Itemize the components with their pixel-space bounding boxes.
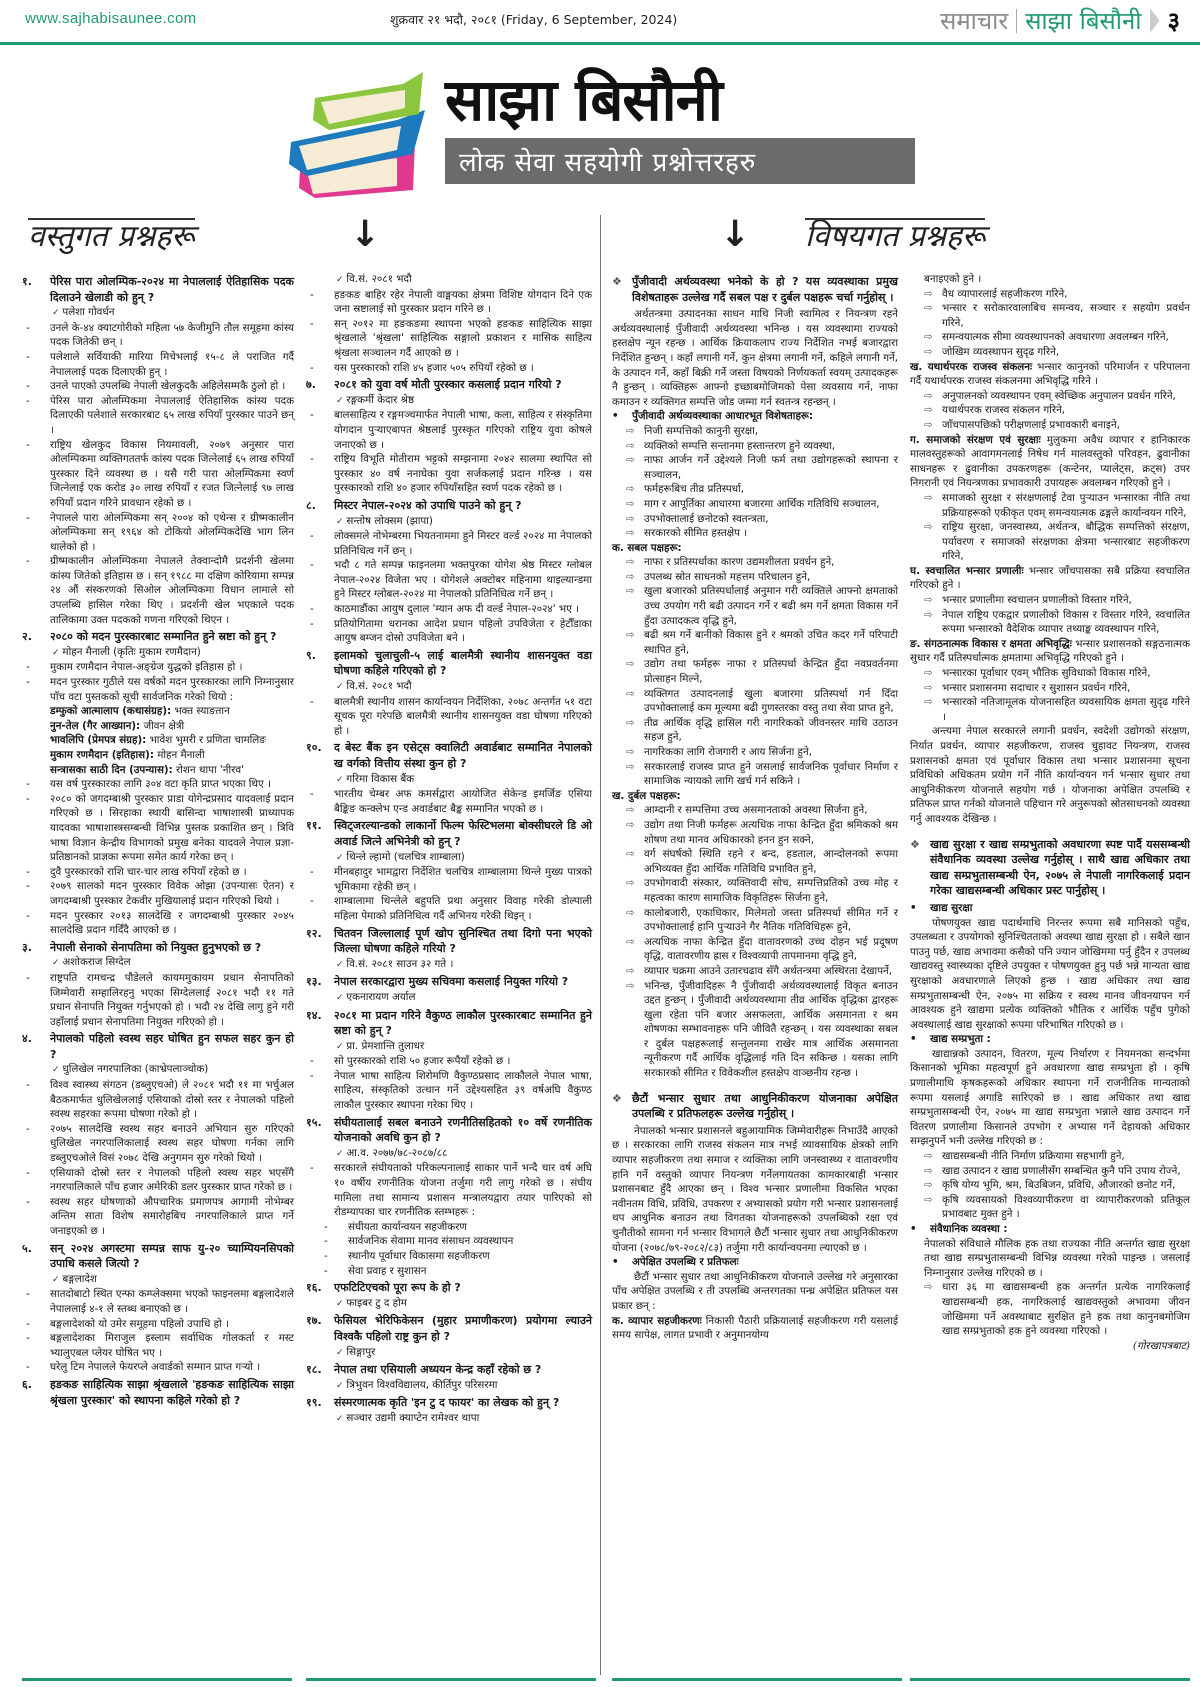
book-entry: भावलिपि (प्रेमपत्र संग्रह): भावेश भुमरी …	[22, 733, 294, 748]
bullet-point: भदौ ८ गते सम्पन्न फाइनलमा भक्तपुरका योगे…	[334, 558, 592, 602]
bullet-point: घरेलु टिम नेपालले फेयरप्ले अवार्डको सम्म…	[50, 1360, 294, 1375]
answer: वि.सं. २०८१ भदौ	[306, 679, 592, 695]
masthead: समाचार साझा बिसौनी ३	[940, 4, 1180, 37]
section-name: समाचार	[940, 4, 1008, 37]
list-item: भन्सार र सरोकारवालाबिच समन्वय, सञ्चार र …	[942, 301, 1190, 330]
subheading: •अपेक्षित उपलब्धि र प्रतिफलः	[612, 1255, 898, 1270]
paragraph: अर्थतन्त्रमा उत्पादनका साधन माथि निजी स्…	[612, 307, 898, 409]
question: १५.संघीयतालाई सबल बनाउने रणनीतिसहितको १०…	[306, 1115, 592, 1146]
list-item: व्यक्तिगत उत्पादनलाई खुला बजारमा प्रतिस्…	[644, 687, 898, 716]
bullet-point: राष्ट्रपति रामचन्द्र पौडेलले कायममुकायम …	[50, 971, 294, 1029]
column-divider	[600, 215, 601, 1675]
list-item: अत्यधिक नाफा केन्द्रित हुँदा वातावरणको उ…	[644, 935, 898, 964]
question: ११.स्विट्जरल्यान्डको लाकार्नो फिल्म फेस्…	[306, 818, 592, 849]
column-brand: साझा बिसौनी	[1025, 4, 1141, 37]
bullet-point: नेपाल भाषा साहित्य शिरोमणि वैकुण्ठप्रसाद…	[334, 1069, 592, 1113]
bullet-point: उनले पाएको उपलब्धि नेपाली खेलकुदकै अहिले…	[50, 379, 294, 394]
subjective-questions-heading: विषयगत प्रश्नहरू	[805, 214, 985, 255]
bullet-point: राष्ट्रिय खेलकुद विकास नियमावली, २०७९ अन…	[50, 438, 294, 511]
issue-date: शुक्रवार २१ भदौ, २०८१ (Friday, 6 Septemb…	[390, 11, 677, 28]
subheading: •खाद्य सम्प्रभुता :	[910, 1032, 1190, 1047]
bullet-point: मदन पुरस्कार गुठीले यस वर्षको मदन पुरस्क…	[50, 675, 294, 704]
answer: थिन्ले ल्हामो (चलचित्र शाम्बाला)	[306, 850, 592, 866]
bullet-point: ग्रीष्मकालीन ओलम्पिकमा नेपालले तेक्वान्द…	[50, 554, 294, 627]
answer: सन्तोष लोक्सम (झापा)	[306, 514, 592, 530]
question: १७.फेसियल भेरिफिकेसन (मुहार प्रमाणीकरण) …	[306, 1313, 592, 1344]
bullet-point: प्रतियोगितामा धरानका आदेश प्रधान पहिलो उ…	[334, 617, 592, 646]
question: ५.सन् २०२४ अगस्टमा सम्पन्न साफ यु-२० च्य…	[22, 1241, 294, 1272]
paragraph: नेपालको संविधाले मौलिक हक तथा राज्यका नी…	[910, 1237, 1190, 1281]
bullet-point: सातदोबाटो स्थित एन्फा कम्प्लेक्समा भएको …	[50, 1287, 294, 1316]
question: ३.नेपाली सेनाको सेनापतिमा को नियुक्त हुन…	[22, 940, 294, 956]
bullet-point: मदन पुरस्कार २०१३ सालदेखि र जगदम्बाश्री …	[50, 909, 294, 938]
page-header: www.sajhabisaunee.com शुक्रवार २१ भदौ, २…	[0, 0, 1200, 40]
bullet-point: काठमाडौंका आयुष दुलाल 'म्यान अफ दी वर्ल्…	[334, 602, 592, 617]
paragraph: घ. स्वचालित भन्सार प्रणालीः भन्सार जाँचप…	[910, 564, 1190, 593]
list-item: फर्महरूबिच तीव्र प्रतिस्पर्धा,	[644, 482, 898, 497]
list-item: समन्वयात्मक सीमा व्यवस्थापनको अवधारणा अव…	[942, 330, 1190, 345]
column-banner: साझा बिसौनी लोक सेवा सहयोगी प्रश्नोत्तरह…	[285, 58, 925, 198]
bullet-point: २०७९ सालको मदन पुरस्कार विवेक ओझा (उपन्य…	[50, 879, 294, 908]
pillar-item: सेवा प्रवाह र सुशासन	[348, 1264, 592, 1279]
list-item: वर्ग संघर्षको स्थिति रहने र बन्द, हडताल,…	[644, 847, 898, 876]
list-item: नागरिकका लागि रोजगारी र आय सिर्जना हुने,	[644, 745, 898, 760]
divider	[1016, 9, 1017, 33]
subjective-question: ❖छैटौं भन्सार सुधार तथा आधुनिकीकरण योजना…	[612, 1091, 898, 1122]
bullet-point: बालमैत्री स्थानीय शासन कार्यान्वयन निर्द…	[334, 695, 592, 739]
list-item: कृषि व्यवसायको विश्वव्यापीकरण वा व्यापार…	[942, 1193, 1190, 1222]
list-item: राष्ट्रिय सुरक्षा, जनस्वास्थ्य, अर्थतन्त…	[942, 520, 1190, 564]
list-item: निजी सम्पत्तिको कानुनी सुरक्षा,	[644, 424, 898, 439]
footer-rule	[22, 1678, 292, 1681]
list-item: नाफा र प्रतिस्पर्धाका कारण उद्यमशीलता प्…	[644, 555, 898, 570]
answer: धुलिखेल नगरपालिका (काभ्रेपलाञ्चोक)	[22, 1062, 294, 1078]
bullet-point: मुकाम रणमैदान नेपाल-अङ्ग्रेज युद्धको इति…	[50, 660, 294, 675]
list-item: धारा ३६ मा खाद्यसम्बन्धी हक अन्तर्गत प्र…	[942, 1280, 1190, 1338]
list-item: कालोबजारी, एकाधिकार, मिलेमतो जस्ता प्रति…	[644, 906, 898, 935]
column-2: वि.सं. २०८१ भदौ -हङकङ बाहिर रहेर नेपाली …	[306, 272, 592, 1427]
bullet-point: स्वस्थ सहर घोषणाको औपचारिक प्रमाणपत्र आग…	[50, 1195, 294, 1239]
question: १३.नेपाल सरकारद्वारा मुख्य सचिवमा कसलाई …	[306, 974, 592, 990]
answer: मोहन मैनाली (कृतिः मुकाम रणमैदान)	[22, 645, 294, 661]
book-entry: डम्फुको आत्मालाप (कथासंग्रह): भक्त स्याङ…	[22, 704, 294, 719]
book-entry: नुन-तेल (गैर आख्यान): जीवन क्षेत्री	[22, 719, 294, 734]
book-stack-icon	[285, 58, 435, 198]
answer: प्रा. प्रेमशान्ति तुलाधर	[306, 1039, 592, 1055]
answer: फाइबर टु द होम	[306, 1296, 592, 1312]
footer-rule	[612, 1678, 902, 1681]
bullet-point: भारतीय चेम्बर अफ कमर्सद्वारा आयोजित सेके…	[334, 787, 592, 816]
header-rule	[0, 42, 1200, 45]
subheading: •संवैधानिक व्यवस्था :	[910, 1222, 1190, 1237]
question: १.पेरिस पारा ओलम्पिक-२०२४ मा नेपाललाई ऐत…	[22, 274, 294, 305]
subheading: •पुँजीवादी अर्थव्यवस्थाका आधारभूत विशेषत…	[612, 409, 898, 424]
list-item: आम्दानी र सम्पत्तिमा उच्च असमानताको अवस्…	[644, 803, 898, 818]
bullet-point: एसियाको दोस्रो स्तर र नेपालको पहिलो स्वस…	[50, 1166, 294, 1195]
column-4: बनाइएको हुने । ⇨वैध व्यापारलाई सहजीकरण ग…	[910, 272, 1190, 1353]
list-item: नेपाल राष्ट्रिय एकद्वार प्रणालीको विकास …	[942, 608, 1190, 637]
answer: बङ्गलादेश	[22, 1272, 294, 1288]
list-item: वैध व्यापारलाई सहजीकरण गरिने,	[942, 287, 1190, 302]
subheading: ख. दुर्बल पक्षहरू:	[612, 789, 898, 804]
bullet-point: सन् २०१२ मा हङकङमा स्थापना भएको हङकङ साह…	[334, 317, 592, 361]
website-url[interactable]: www.sajhabisaunee.com	[25, 10, 196, 27]
arrow-down-icon: ↓	[720, 214, 750, 255]
bullet-point: पेरिस पारा ओलम्पिकमा नेपाललाई ऐतिहासिक क…	[50, 394, 294, 438]
list-item: माग र आपूर्तिका आधारमा बजारमा आर्थिक गति…	[644, 497, 898, 512]
list-item: खाद्यसम्बन्धी नीति निर्माण प्रक्रियामा स…	[942, 1149, 1190, 1164]
list-item: भन्सार प्रशासनमा सदाचार र सुशासन प्रवर्ध…	[942, 681, 1190, 696]
bullet-point: सरकारले संघीयताको परिकल्पनालाई साकार पार…	[334, 1161, 592, 1219]
question: ८.मिस्टर नेपाल-२०२४ को उपाधि पाउने को हु…	[306, 498, 592, 514]
list-item: बढी श्रम गर्ने बानीको विकास हुने र श्रमक…	[644, 628, 898, 657]
question: ६.हङकङ साहित्यिक साझा श्रृंखलाले 'हङकङ स…	[22, 1377, 294, 1408]
bullet-point: बङ्गलादेशका मिराजुल इस्लाम सर्वाधिक गोलक…	[50, 1331, 294, 1360]
list-item: सरकारको सीमित हस्तक्षेप ।	[644, 526, 898, 541]
question: ९.इलामको चुलाचुली-५ लाई बालमैत्री स्थानी…	[306, 648, 592, 679]
list-item: भनिन्छ, पुँजीवादिहरू नै पुँजीवादी अर्थव्…	[644, 979, 898, 1081]
list-item: भन्सारका पूर्वाधार एवम् भौतिक सुविधाको व…	[942, 666, 1190, 681]
bullet-point: मीनबहादुर भामद्वारा निर्देशित चलचित्र शा…	[334, 865, 592, 894]
paragraph: क. व्यापार सहजीकरणः निकासी पैठारी प्रक्र…	[612, 1314, 898, 1343]
list-item: उद्योग तथा फर्महरू नाफा र प्रतिस्पर्धा क…	[644, 657, 898, 686]
answer: अशोकराज सिग्देल	[22, 955, 294, 971]
question: १०.द बेस्ट बैंक इन एसेट्स क्वालिटी अवार्…	[306, 740, 592, 771]
tab-marker-icon	[1150, 8, 1160, 34]
bullet-point: उनले के-४४ क्याटगोरीको महिला ५७ केजीमुनि…	[50, 321, 294, 350]
bullet-point: बङ्गलादेशको यो उमेर समूहमा पहिलो उपाधि ह…	[50, 1317, 294, 1332]
answer: वि.सं. २०८१ भदौ	[306, 272, 592, 288]
list-item: खाद्य उत्पादन र खाद्य प्रणालीसँग सम्बन्ध…	[942, 1164, 1190, 1179]
answer: त्रिभुवन विश्वविद्यालय, कीर्तिपुर परिसरम…	[306, 1378, 592, 1394]
bullet-point: २०८० को जगदम्बाश्री पुरस्कार प्राडा योगे…	[50, 792, 294, 865]
list-item: व्यापार चक्रमा आउने उतारचढाव सँगै अर्थतन…	[644, 964, 898, 979]
list-item: उपभोक्तालाई छनोटको स्वतन्त्रता,	[644, 512, 898, 527]
paragraph: पोषणयुक्त खाद्य पदार्थमाथि निरन्तर रूपमा…	[910, 916, 1190, 1033]
list-item: नाफा आर्जन गर्ने उद्देश्यले निजी फर्म तथ…	[644, 453, 898, 482]
paragraph: नेपालको भन्सार प्रशासनले बहुआयामिक जिम्म…	[612, 1124, 898, 1255]
footer-rule	[910, 1678, 1190, 1681]
list-item: सरकारलाई राजस्व प्राप्त हुने जसलाई सार्व…	[644, 760, 898, 789]
subheading: •खाद्य सुरक्षा	[910, 901, 1190, 916]
bullet-point: हङकङ बाहिर रहेर नेपाली वाङ्मयका क्षेत्रम…	[334, 288, 592, 317]
list-item: खुला बजारको प्रतिस्पर्धालाई अनुमान गरी व…	[644, 584, 898, 628]
question: १८.नेपाल तथा एसियाली अध्ययन केन्द्र कहाँ…	[306, 1362, 592, 1378]
subjective-question: ❖खाद्य सुरक्षा र खाद्य सम्प्रभुताको अवधा…	[910, 837, 1190, 899]
question: ४.नेपालको पहिलो स्वस्थ सहर घोषित हुन सफल…	[22, 1031, 294, 1062]
subjective-question: ❖पुँजीवादी अर्थव्यवस्था भनेको के हो ? यस…	[612, 274, 898, 305]
bullet-point: यस वर्ष पुरस्कारका लागि ३०४ वटा कृति प्र…	[50, 777, 294, 792]
bullet-point: राष्ट्रिय विभूति मोतीराम भट्टको सम्झनामा…	[334, 452, 592, 496]
banner-subtitle: लोक सेवा सहयोगी प्रश्नोत्तरहरु	[445, 138, 915, 184]
list-item: भन्सारको नतिजामूलक योजनासहित व्यवसायिक क…	[942, 695, 1190, 724]
question: १२.चितवन जिल्लालाई पूर्ण खोप सुनिश्चित त…	[306, 926, 592, 957]
answer: सिङ्गापुर	[306, 1345, 592, 1361]
paragraph: ग. समाजको संरक्षण एवं सुरक्षाः मुलुकमा अ…	[910, 433, 1190, 491]
question: १४.२०८१ मा प्रदान गरिने वैकुण्ठ लाकौल पु…	[306, 1008, 592, 1039]
arrow-down-icon: ↓	[350, 214, 380, 255]
list-item: उपभोगवादी संस्कार, व्यक्तिवादी सोच, सम्प…	[644, 876, 898, 905]
answer: सञ्चार उद्यमी क्याप्टेन रामेश्वर थापा	[306, 1411, 592, 1427]
list-item: उद्योग तथा निजी फर्महरू अत्यधिक नाफा केन…	[644, 818, 898, 847]
paragraph: ङ. संगठनात्मक विकास र क्षमता अभिवृद्धिः …	[910, 637, 1190, 666]
bullet-point: विश्व स्वास्थ्य संगठन (डब्लुएचओ) ले २०८१…	[50, 1078, 294, 1122]
answer: रङ्गकर्मी केदार श्रेष्ठ	[306, 393, 592, 409]
list-item: भन्सार प्रणालीमा स्वचालन प्रणालीको विस्त…	[942, 593, 1190, 608]
paragraph: खाद्यान्नको उत्पादन, वितरण, मूल्य निर्धा…	[910, 1047, 1190, 1149]
banner-title: साझा बिसौनी	[445, 58, 722, 137]
list-item: जाँचपासपछिको परीक्षणलाई प्रभावकारी बनाइन…	[942, 418, 1190, 433]
bullet-point: लोक्समले नोभेम्बरमा भियतनाममा हुने मिस्ट…	[334, 529, 592, 558]
list-item: व्यक्तिको सम्पत्ति सन्तानमा हस्तान्तरण ह…	[644, 439, 898, 454]
bullet-point: नेपालले पारा ओलम्पिकमा सन् २००४ को एथेन्…	[50, 511, 294, 555]
paragraph: ख. यथार्थपरक राजस्व संकलनः भन्सार कानुनक…	[910, 360, 1190, 389]
book-entry: सन्त्रासका साठी दिन (उपन्यास): रोशन थापा…	[22, 763, 294, 778]
list-item: कृषि योग्य भूमि, श्रम, बिउबिजन, प्रविधि,…	[942, 1178, 1190, 1193]
list-item: तीव्र आर्थिक वृद्धि हासिल गरी नागरिकको ज…	[644, 716, 898, 745]
page-number: ३	[1168, 4, 1180, 37]
bullet-point: दुवै पुरस्कारको राशि चार-चार लाख रुपियाँ…	[50, 865, 294, 880]
bullet-point: पलेशाले सर्वियाकी मारिया मिचेभलाई १५-८ ल…	[50, 350, 294, 379]
list-item: समाजको सुरक्षा र संरक्षणलाई टेवा पुऱ्याउ…	[942, 491, 1190, 520]
answer: आ.व. २०७७/७८-२०८७/८८	[306, 1146, 592, 1162]
bullet-point: सो पुरस्कारको राशि ५० हजार रूपैयाँ रहेको…	[334, 1054, 592, 1069]
answer: वि.सं. २०८१ साउन ३२ गते ।	[306, 957, 592, 973]
footer-rule	[306, 1678, 596, 1681]
question: १६.एफटिटिएचको पूरा रूप के हो ?	[306, 1280, 592, 1296]
question: ७.२०८१ को युवा वर्ष मोती पुरस्कार कसलाई …	[306, 377, 592, 393]
answer: पलेशा गोवर्धन	[22, 305, 294, 321]
book-entry: मुकाम रणमैदान (इतिहास): मोहन मैनाली	[22, 748, 294, 763]
question: १९.संस्मरणात्मक कृति 'इन टु द फायर' का ल…	[306, 1395, 592, 1411]
paragraph: छैटौं भन्सार सुधार तथा आधुनिकीकरण योजनाल…	[612, 1270, 898, 1314]
list-item: यथार्थपरक राजस्व संकलन गरिने,	[942, 403, 1190, 418]
paragraph: बनाइएको हुने ।	[910, 272, 1190, 287]
bullet-point: यस पुरस्कारको राशि ४५ हजार ५०५ रुपियाँ र…	[334, 361, 592, 376]
objective-questions-heading: वस्तुगत प्रश्नहरू	[28, 214, 195, 255]
subheading: क. सबल पक्षहरू:	[612, 541, 898, 556]
pillar-item: सार्वजनिक सेवामा मानव संसाधन व्यवस्थापन	[348, 1234, 592, 1249]
answer: गरिमा विकास बैंक	[306, 772, 592, 788]
pillar-item: स्थानीय पूर्वाधार विकासमा सहजीकरण	[348, 1249, 592, 1264]
bullet-point: शाम्बालामा थिन्लेले बहुपति प्रथा अनुसार …	[334, 894, 592, 923]
source-credit: (गोरखापत्रबाट)	[910, 1339, 1190, 1354]
question: २.२०८० को मदन पुरस्कारबाट सम्मानित हुने …	[22, 629, 294, 645]
column-1: १.पेरिस पारा ओलम्पिक-२०२४ मा नेपाललाई ऐत…	[22, 272, 294, 1408]
column-3: ❖पुँजीवादी अर्थव्यवस्था भनेको के हो ? यस…	[612, 272, 898, 1343]
bullet-point: २०७५ सालदेखि स्वस्थ सहर बनाउने अभियान सु…	[50, 1122, 294, 1166]
paragraph: अन्त्यमा नेपाल सरकारले लगानी प्रवर्धन, स…	[910, 724, 1190, 826]
bullet-point: बालसाहित्य र रङ्गमञ्चमार्फत नेपाली भाषा,…	[334, 408, 592, 452]
list-item: उपलब्ध स्रोत साधनको महत्तम परिचालन हुने,	[644, 570, 898, 585]
list-item: जोखिम व्यवस्थापन सुदृढ गरिने,	[942, 345, 1190, 360]
list-item: अनुपालनको व्यवस्थापन एवम् स्वेच्छिक अनुप…	[942, 389, 1190, 404]
answer: एकनारायण अर्याल	[306, 990, 592, 1006]
pillar-item: संघीयता कार्यान्वयन सहजीकरण	[348, 1220, 592, 1235]
